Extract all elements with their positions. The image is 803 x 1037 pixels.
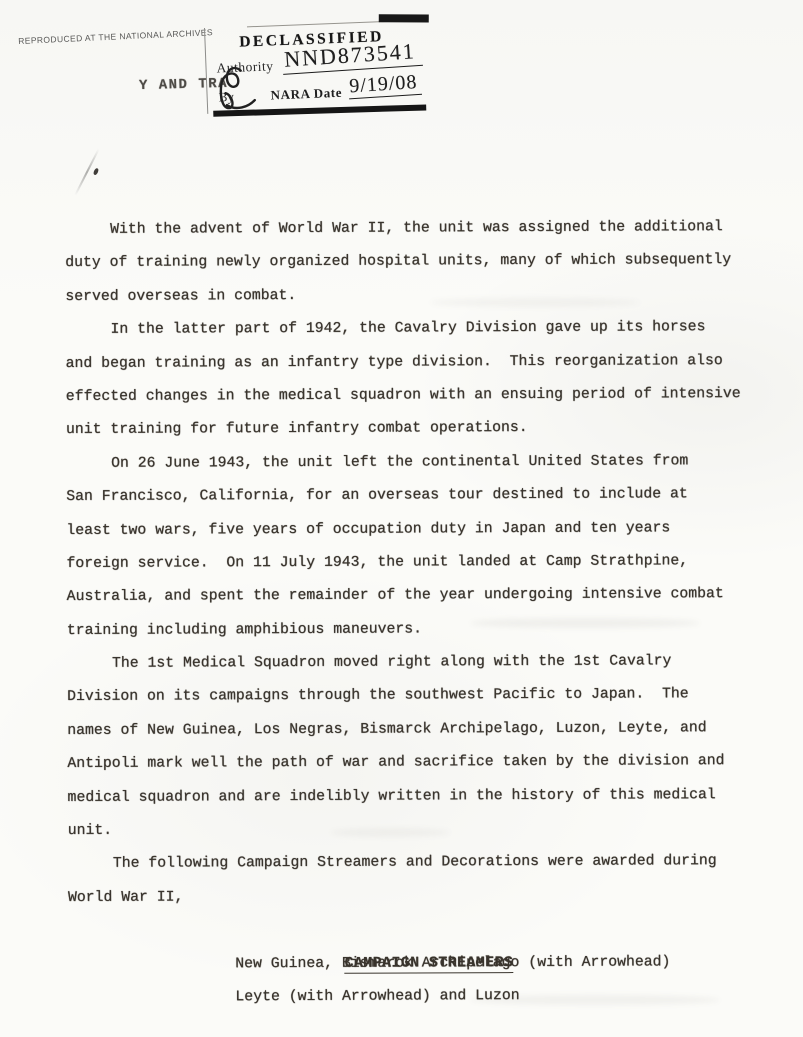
body-line: unit training for future infantry combat… [66, 411, 766, 447]
body-line: World War II, [68, 879, 768, 915]
body-line: training including amphibious maneuvers. [67, 612, 767, 648]
archives-watermark: REPRODUCED AT THE NATIONAL ARCHIVES [18, 27, 213, 46]
body-line: The following Campaign Streamers and Dec… [68, 845, 768, 881]
body-line: Australia, and spent the remainder of th… [67, 578, 767, 614]
body-line: medical squadron and are indelibly writt… [67, 779, 767, 815]
stamp-corner-mark [379, 14, 429, 22]
body-line: Division on its campaigns through the so… [67, 678, 767, 714]
streamer-item: New Guinea, Bismarck Archipelago (with A… [68, 946, 768, 982]
body-line: On 26 June 1943, the unit left the conti… [66, 445, 766, 481]
body-line: Antipoli mark well the path of war and s… [67, 745, 767, 781]
document-page: REPRODUCED AT THE NATIONAL ARCHIVES Y AN… [0, 0, 803, 1037]
declassified-stamp: DECLASSIFIED Authority NND873541 By NARA… [204, 20, 420, 114]
body-line: The 1st Medical Squadron moved right alo… [67, 645, 767, 681]
nara-date-label: NARA Date [270, 85, 342, 104]
body-line: In the latter part of 1942, the Cavalry … [65, 311, 765, 347]
body-line: effected changes in the medical squadron… [66, 378, 766, 414]
body-line: least two wars, five years of occupation… [66, 511, 766, 547]
body-line: and began training as an infantry type d… [66, 345, 766, 381]
streamer-item: Leyte (with Arrowhead) and Luzon [68, 979, 768, 1015]
body-line: names of New Guinea, Los Negras, Bismarc… [67, 712, 767, 748]
body-line: served overseas in combat. [65, 278, 765, 314]
body-line: With the advent of World War II, the uni… [65, 211, 765, 247]
document-body: With the advent of World War II, the uni… [65, 211, 768, 1015]
campaign-streamers-heading: CAMPAIGN STREAMERS [68, 912, 768, 948]
ink-speck [93, 168, 99, 176]
body-line: San Francisco, California, for an overse… [66, 478, 766, 514]
body-line: duty of training newly organized hospita… [65, 244, 765, 280]
body-line: unit. [68, 812, 768, 848]
date-value-handwritten: 9/19/08 [348, 71, 423, 100]
signature-scribble-icon [210, 62, 264, 116]
body-line: foreign service. On 11 July 1943, the un… [66, 545, 766, 581]
